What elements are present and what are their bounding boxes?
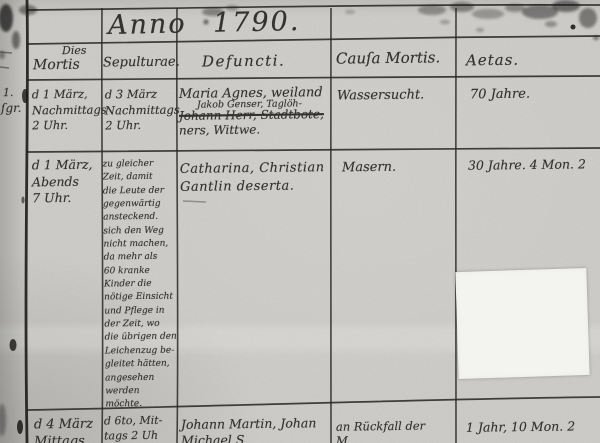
entry2-burial-note: zu gleicher Zeit, damit die Leute der ge… — [102, 158, 178, 412]
entry1-dies-sepulturae: d 3 März Nachmittags 2 Uhr. — [105, 87, 178, 134]
entry1-aetas: 70 Jahre. — [470, 87, 530, 105]
entry3-aetas: 1 Jahr, 10 Mon. 2 — [466, 418, 600, 436]
entry1-defuncti-cell: Maria Agnes, weiland Jakob Genser, Taglö… — [179, 86, 331, 150]
entry2-defuncti: Catharina, Christian Gantlin deserta. — [180, 159, 332, 197]
margin-note-fragment: ſgr. — [1, 101, 22, 117]
header-defuncti: Defuncti. — [202, 51, 286, 72]
header-mortis: Mortis — [33, 56, 80, 75]
entry3-causa-mortis: an Rückfall der M — [336, 418, 454, 443]
entry1-causa-mortis: Wassersucht. — [337, 87, 424, 105]
entry2-dies-mortis: d 1 März, Abends 7 Uhr. — [32, 157, 101, 207]
entry3-dies-mortis: d 4 März Mittags — [34, 416, 100, 443]
white-patch — [455, 268, 589, 379]
entry3-dies-sepulturae: d 6to, Mit- tags 2 Uh — [104, 414, 176, 443]
entry3-defuncti: Johann Martin, Johan Michael S — [181, 415, 331, 443]
margin-note-fragment: 1. — [3, 86, 14, 100]
page-title: Anno 1790. — [108, 4, 301, 43]
entry2-causa-mortis: Masern. — [342, 160, 396, 178]
entry2-aetas: 30 Jahre. 4 Mon. 2 — [468, 156, 600, 174]
entry1-defuncti-continuation: ners, Wittwe. — [179, 123, 260, 140]
header-sepulturae: Sepulturae. — [103, 55, 180, 73]
header-aetas: Aetas. — [466, 51, 519, 71]
header-causa-mortis: Cauſa Mortis. — [336, 48, 440, 69]
register-scan-page: Anno 1790. Dies Mortis Sepulturae. Defun… — [0, 0, 600, 443]
entry1-dies-mortis: d 1 März, Nachmittags 2 Uhr. — [32, 87, 101, 134]
